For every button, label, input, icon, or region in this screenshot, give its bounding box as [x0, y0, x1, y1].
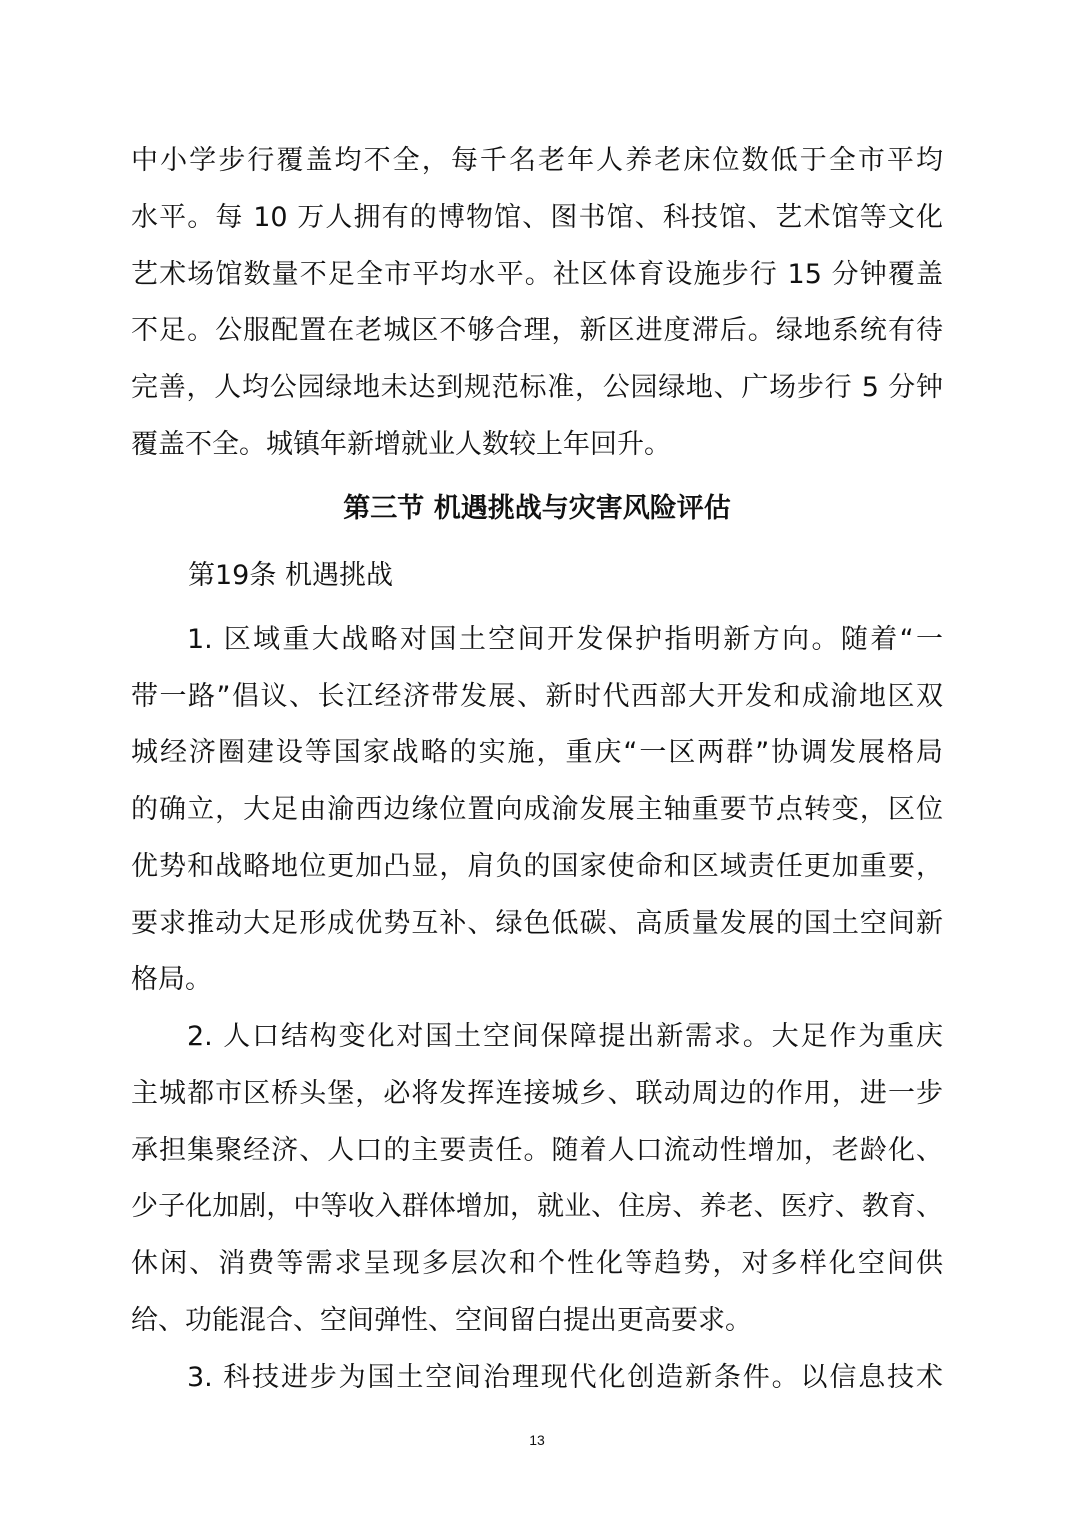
paragraph-1-line: 优势和战略地位更加凸显，肩负的国家使命和区域责任更加重要，: [131, 847, 943, 887]
paragraph-2-line: 承担集聚经济、人口的主要责任。随着人口流动性增加，老龄化、: [131, 1131, 943, 1171]
paragraph-2-line: 主城都市区桥头堡，必将发挥连接城乡、联动周边的作用，进一步: [131, 1074, 943, 1114]
paragraph-1-line: 格局。: [131, 960, 943, 1000]
paragraph-2-line: 给、功能混合、空间弹性、空间留白提出更高要求。: [131, 1301, 943, 1341]
body-text-line: 完善，人均公园绿地未达到规范标准，公园绿地、广场步行 5 分钟: [131, 368, 943, 408]
paragraph-2-line: 2. 人口结构变化对国土空间保障提出新需求。大足作为重庆: [187, 1017, 943, 1057]
section-heading: 第三节 机遇挑战与灾害风险评估: [0, 489, 1074, 529]
body-text-line: 中小学步行覆盖均不全，每千名老年人养老床位数低于全市平均: [131, 141, 943, 181]
paragraph-3-line: 3. 科技进步为国土空间治理现代化创造新条件。以信息技术: [187, 1358, 943, 1398]
body-text-line: 不足。公服配置在老城区不够合理，新区进度滞后。绿地系统有待: [131, 311, 943, 351]
paragraph-1-line: 的确立，大足由渝西边缘位置向成渝发展主轴重要节点转变，区位: [131, 790, 943, 830]
article-heading: 第19条 机遇挑战: [188, 556, 393, 596]
paragraph-2-line: 少子化加剧，中等收入群体增加，就业、住房、养老、医疗、教育、: [131, 1187, 943, 1227]
body-text-line: 艺术场馆数量不足全市平均水平。社区体育设施步行 15 分钟覆盖: [131, 255, 943, 295]
body-text-line: 覆盖不全。城镇年新增就业人数较上年回升。: [131, 425, 943, 465]
paragraph-1-line: 1. 区域重大战略对国土空间开发保护指明新方向。随着“一: [187, 620, 943, 660]
paragraph-1-line: 要求推动大足形成优势互补、绿色低碳、高质量发展的国土空间新: [131, 904, 943, 944]
paragraph-1-line: 城经济圈建设等国家战略的实施，重庆“一区两群”协调发展格局: [131, 733, 943, 773]
paragraph-1-line: 带一路”倡议、长江经济带发展、新时代西部大开发和成渝地区双: [131, 677, 943, 717]
paragraph-2-line: 休闲、消费等需求呈现多层次和个性化等趋势，对多样化空间供: [131, 1244, 943, 1284]
body-text-line: 水平。每 10 万人拥有的博物馆、图书馆、科技馆、艺术馆等文化: [131, 198, 943, 238]
page-number: 13: [0, 1430, 1074, 1450]
